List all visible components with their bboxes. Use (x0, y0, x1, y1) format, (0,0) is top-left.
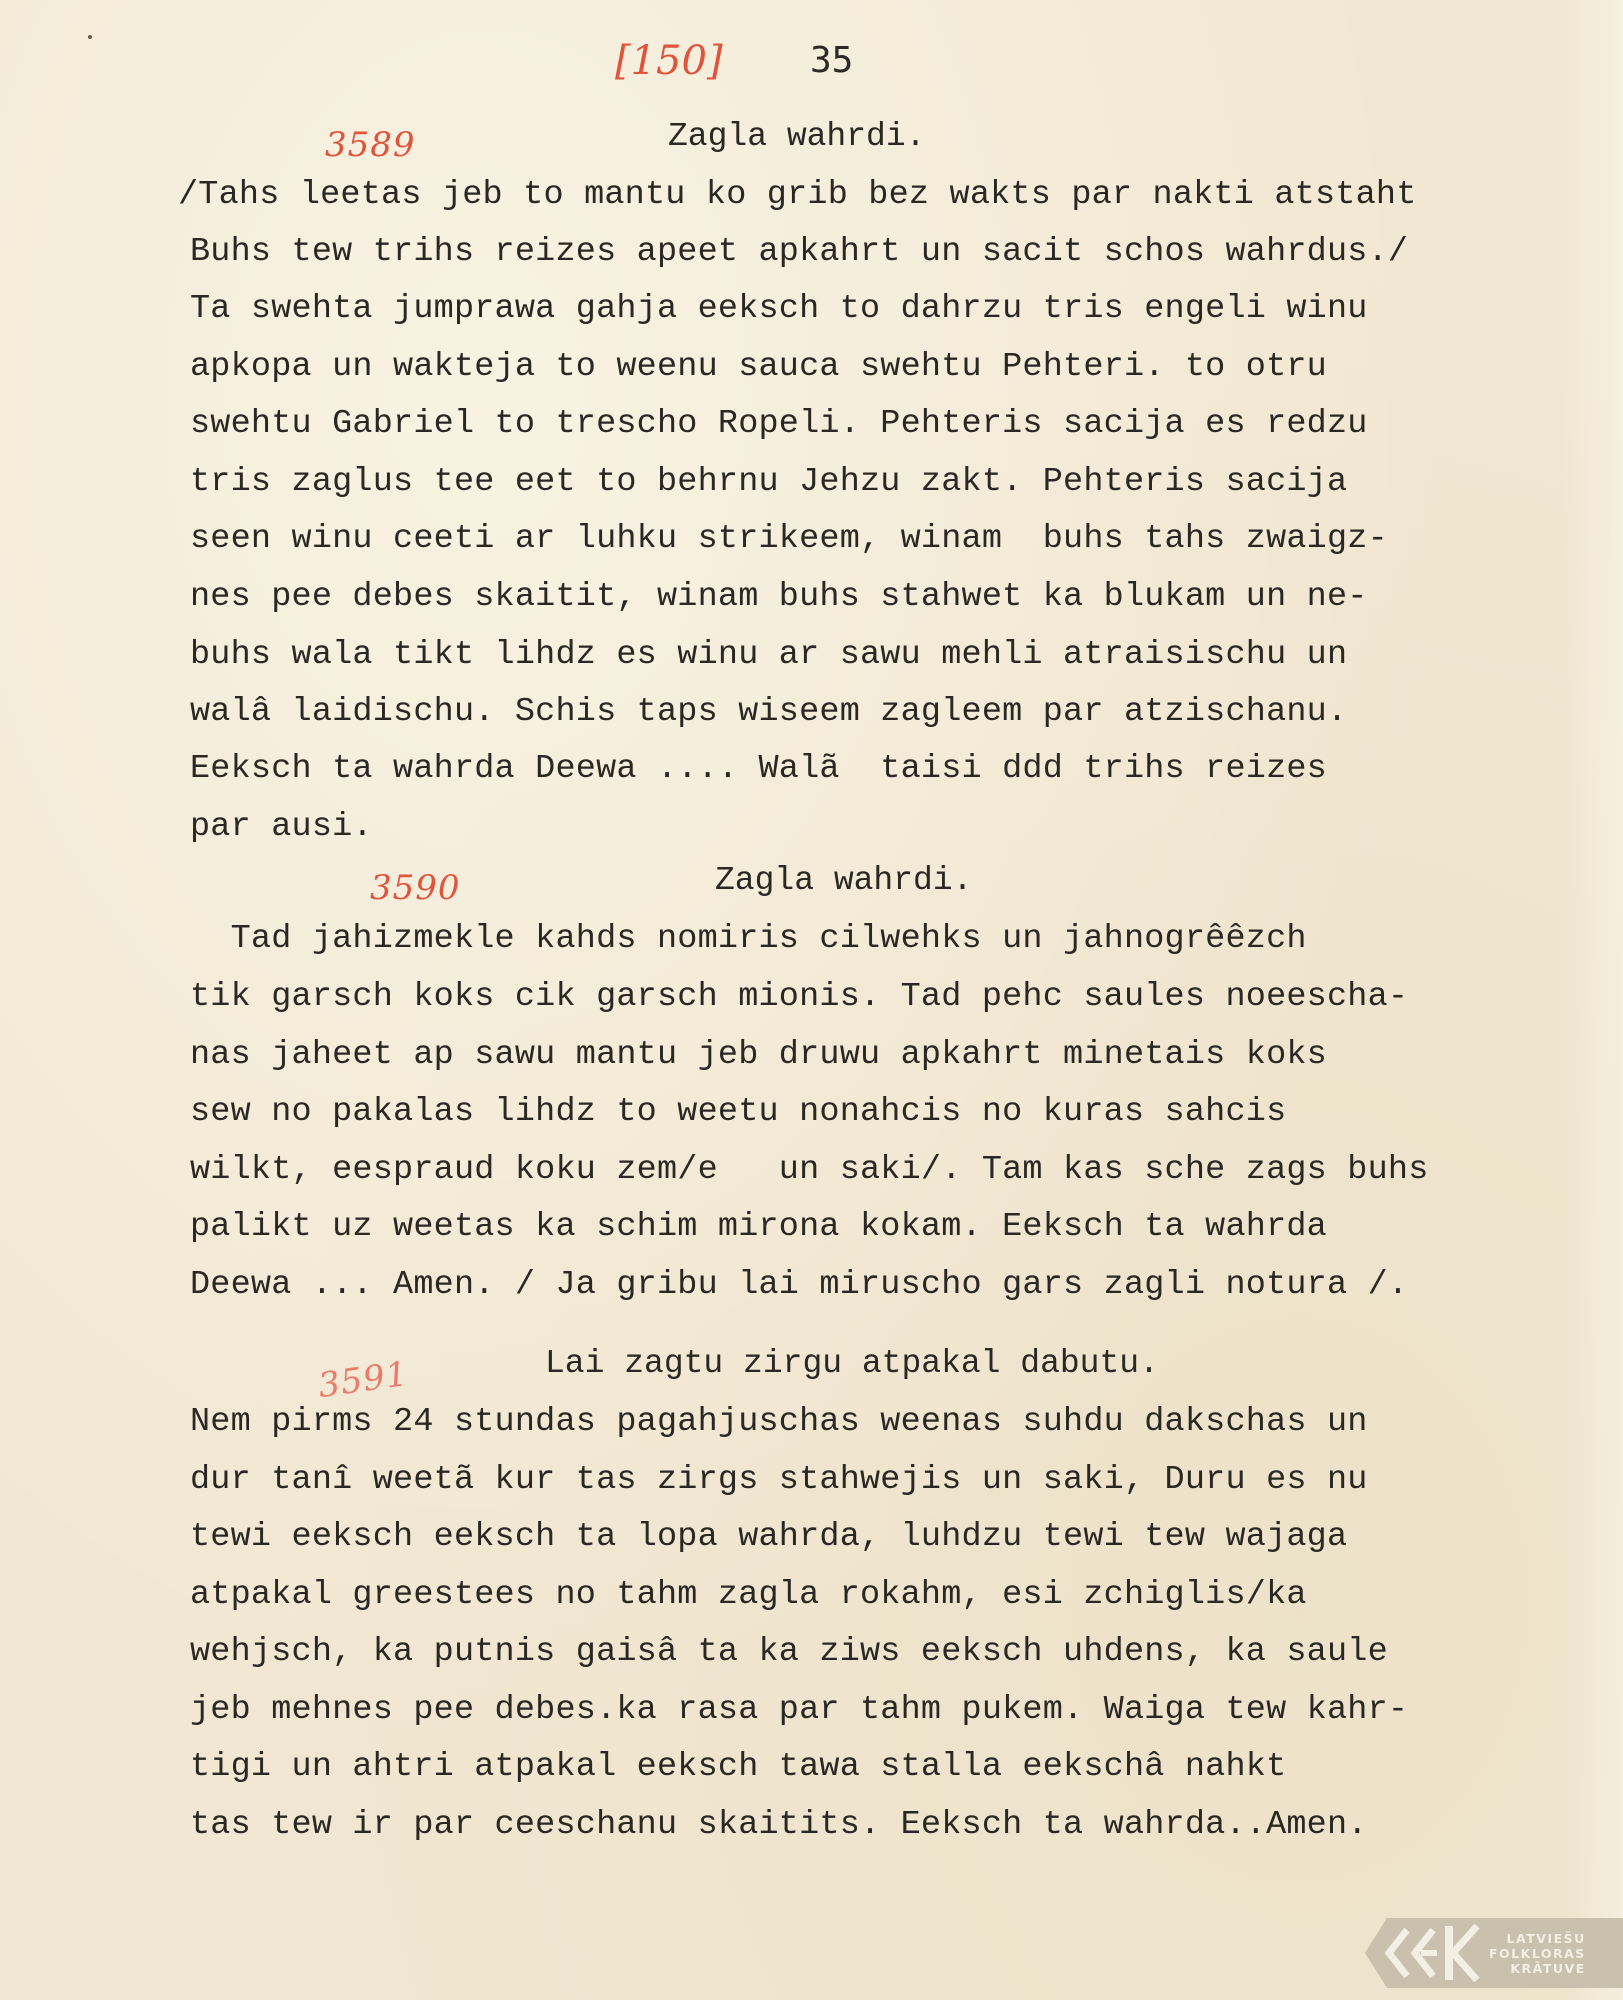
text-line: tas tew ir par ceeschanu skaitits. Eeksc… (190, 1806, 1368, 1844)
text-line: swehtu Gabriel to trescho Ropeli. Pehter… (190, 405, 1368, 443)
document-page: [150] 35 3589 Zagla wahrdi. /Tahs leetas… (0, 0, 1623, 2000)
entry-number-3591: 3591 (316, 1354, 411, 1406)
logo-text-line: FOLKLORAS (1489, 1946, 1586, 1961)
paper-speck (88, 35, 92, 39)
text-line: tik garsch koks cik garsch mionis. Tad p… (190, 978, 1408, 1016)
entry-title: Zagla wahrdi. (715, 862, 972, 899)
text-line: wilkt, eespraud koku zem/e un saki/. Tam… (190, 1151, 1429, 1189)
logo-text: LATVIEŠU FOLKLORAS KRĀTUVE (1489, 1931, 1586, 1976)
entry-number-3589: 3589 (325, 125, 416, 165)
text-line: buhs wala tikt lihdz es winu ar sawu meh… (190, 636, 1347, 674)
text-line: seen winu ceeti ar luhku strikeem, winam… (190, 520, 1388, 558)
text-line: tris zaglus tee eet to behrnu Jehzu zakt… (190, 463, 1347, 501)
logo-text-line: LATVIEŠU (1489, 1931, 1586, 1946)
archive-number-annotation: [150] (615, 38, 723, 84)
text-line: Eeksch ta wahrda Deewa .... Walã taisi d… (190, 750, 1327, 788)
text-line: sew no pakalas lihdz to weetu nonahcis n… (190, 1093, 1286, 1131)
text-line: Nem pirms 24 stundas pagahjuschas weenas… (190, 1403, 1368, 1441)
logo-text-line: KRĀTUVE (1489, 1961, 1586, 1976)
entry-title: Zagla wahrdi. (668, 118, 925, 155)
text-line: palikt uz weetas ka schim mirona kokam. … (190, 1208, 1327, 1246)
text-line: Deewa ... Amen. / Ja gribu lai miruscho … (190, 1266, 1408, 1304)
text-line: apkopa un wakteja to weenu sauca swehtu … (190, 348, 1327, 386)
text-line: tigi un ahtri atpakal eeksch tawa stalla… (190, 1748, 1286, 1786)
entry-number-3590: 3590 (370, 868, 461, 908)
text-line: Tad jahizmekle kahds nomiris cilwehks un… (190, 920, 1307, 958)
entry-title: Lai zagtu zirgu atpakal dabutu. (545, 1345, 1159, 1382)
latviesu-folkloras-kratuve-logo: LATVIEŠU FOLKLORAS KRĀTUVE (1365, 1918, 1623, 1988)
text-line: nas jaheet ap sawu mantu jeb druwu apkah… (190, 1036, 1327, 1074)
text-line: Ta swehta jumprawa gahja eeksch to dahrz… (190, 290, 1368, 328)
text-line: nes pee debes skaitit, winam buhs stahwe… (190, 578, 1368, 616)
text-line: dur tanî weetã kur tas zirgs stahwejis u… (190, 1461, 1368, 1499)
text-line: walâ laidischu. Schis taps wiseem zaglee… (190, 693, 1347, 731)
lfk-chevron-k-icon (1365, 1918, 1485, 1988)
text-line: tewi eeksch eeksch ta lopa wahrda, luhdz… (190, 1518, 1347, 1556)
paper-fold-shading (1563, 0, 1623, 2000)
text-line: wehjsch, ka putnis gaisâ ta ka ziws eeks… (190, 1633, 1388, 1671)
text-line: atpakal greestees no tahm zagla rokahm, … (190, 1576, 1307, 1614)
text-line: Buhs tew trihs reizes apeet apkahrt un s… (190, 233, 1408, 271)
text-line: /Tahs leetas jeb to mantu ko grib bez wa… (178, 176, 1417, 214)
text-line: jeb mehnes pee debes.ka rasa par tahm pu… (190, 1691, 1408, 1729)
page-number: 35 (810, 40, 853, 81)
text-line: par ausi. (190, 808, 373, 846)
